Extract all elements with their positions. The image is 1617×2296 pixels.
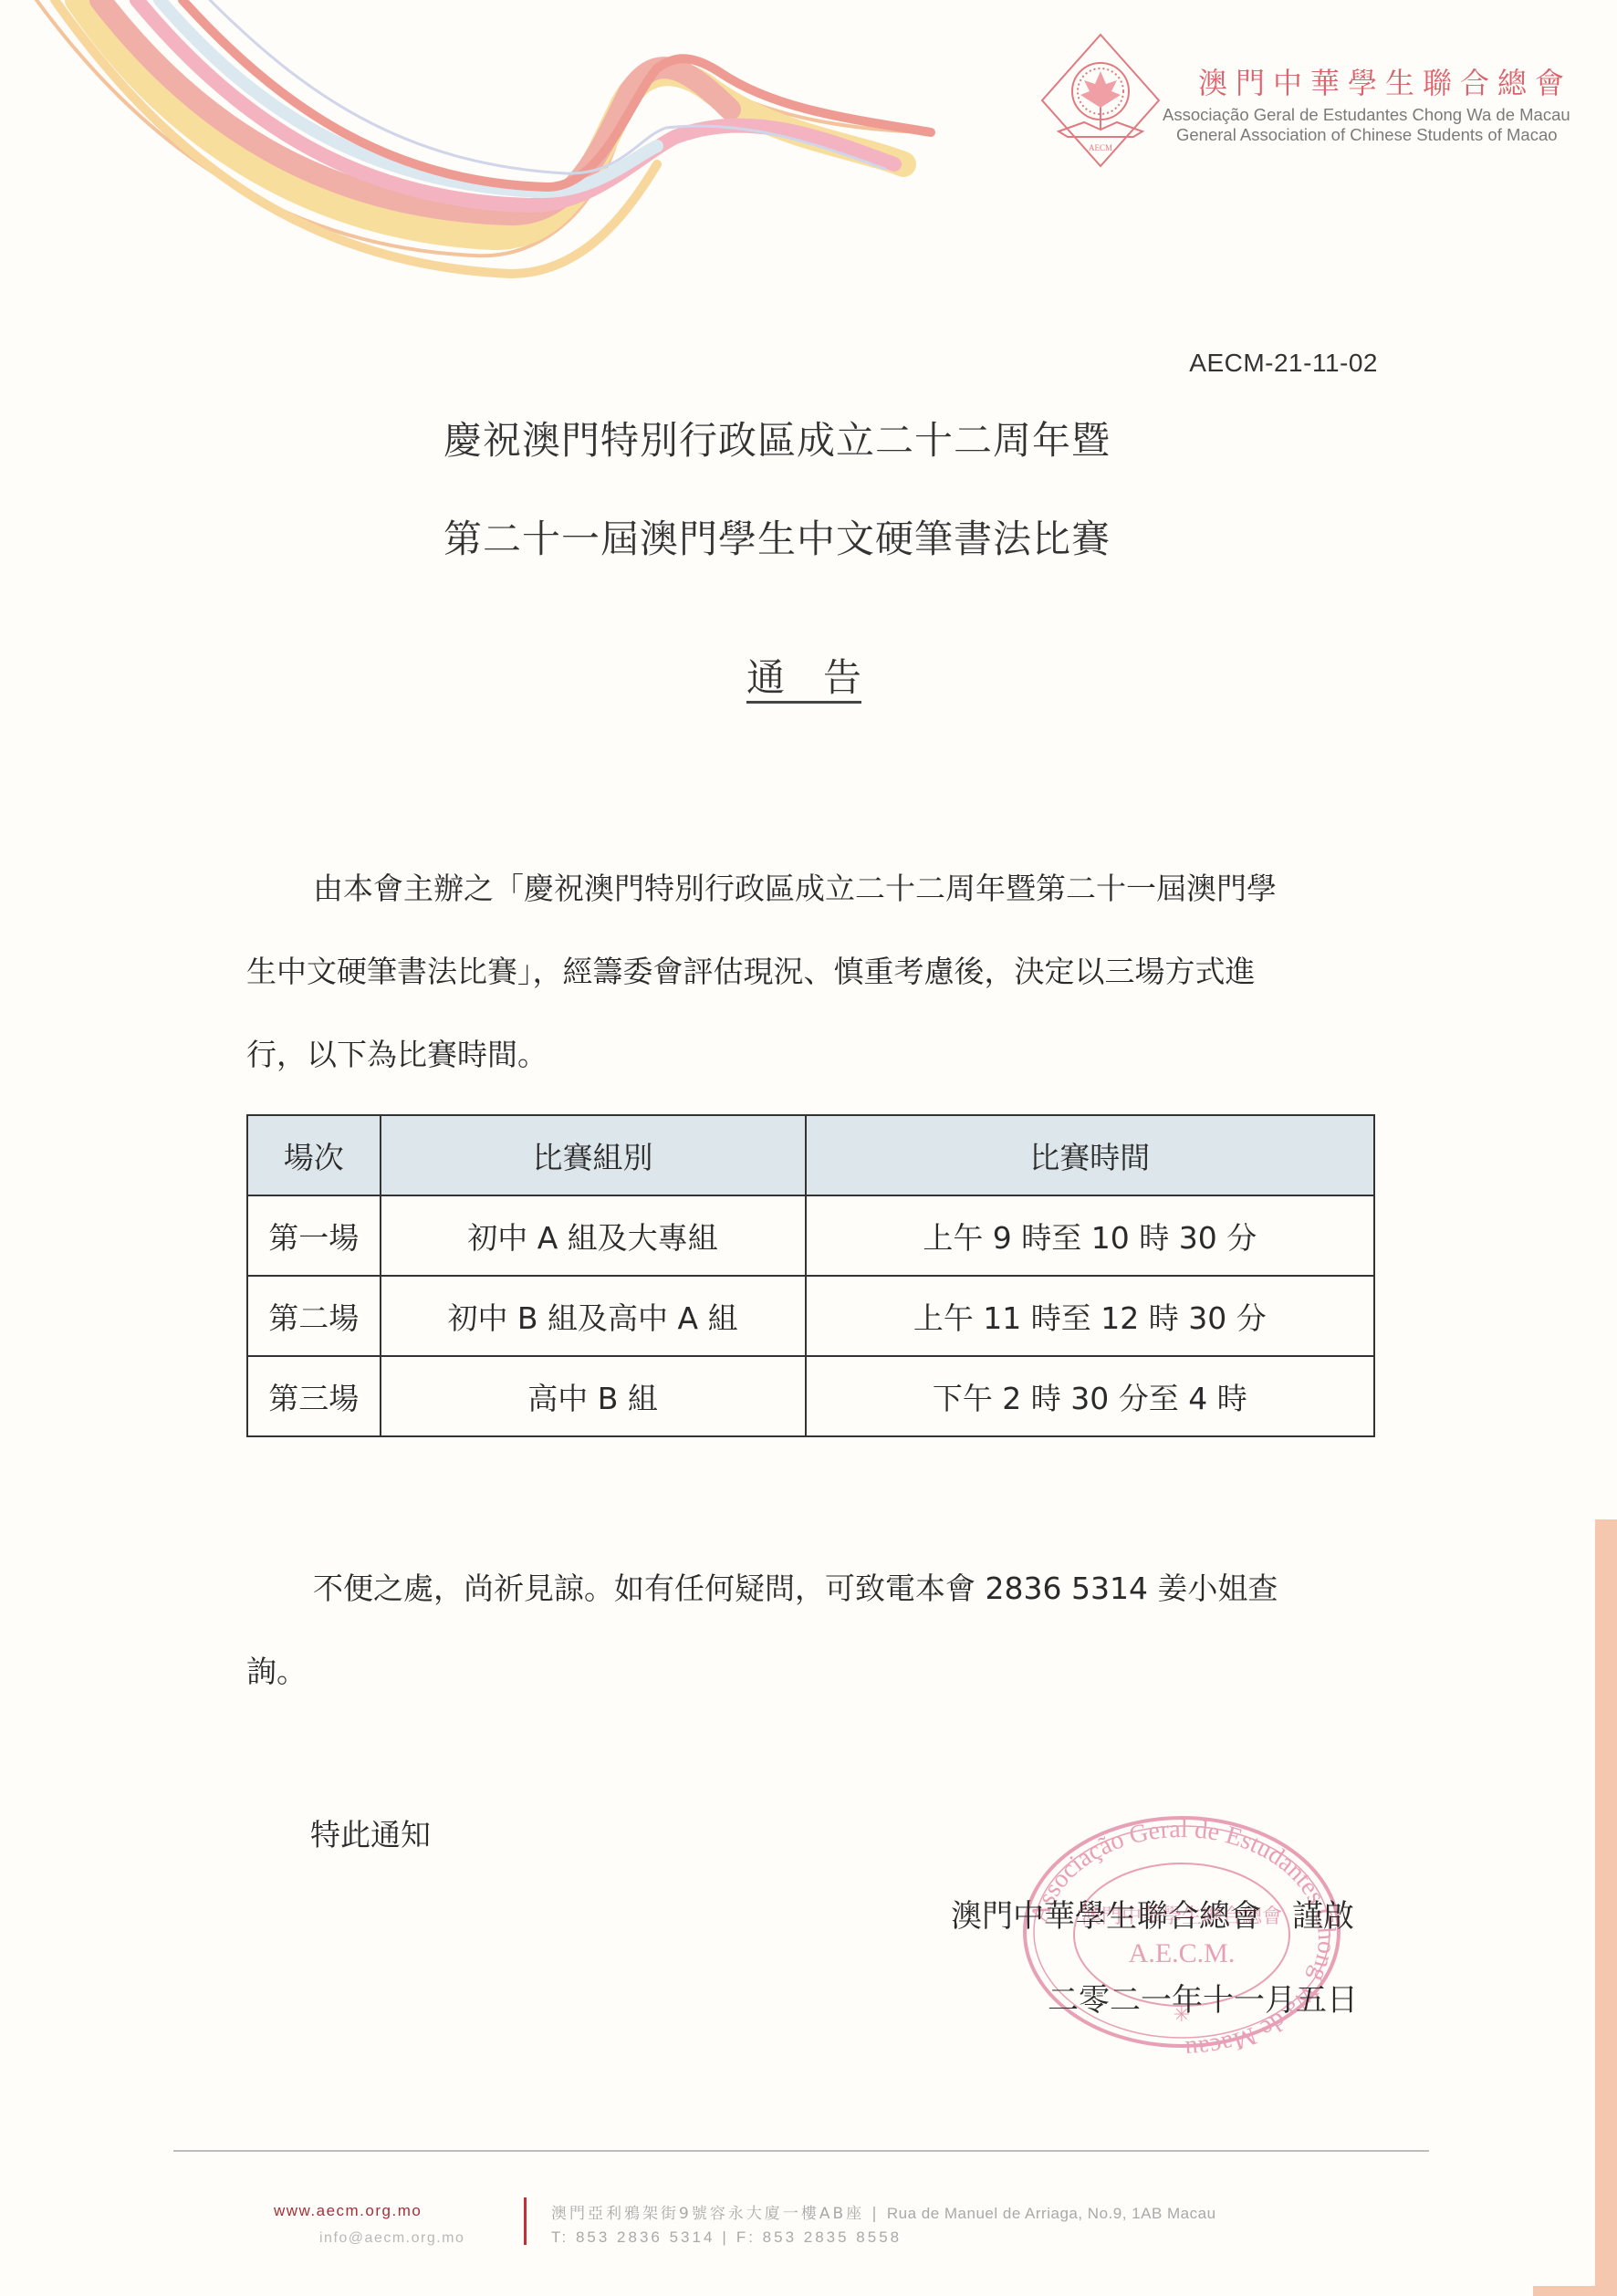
footer-address-chinese: 澳門亞利鴉架街9號容永大廈一樓AB座 xyxy=(551,2205,864,2223)
intro-line: 生中文硬筆書法比賽」，經籌委會評估現況、慎重考慮後，決定以三場方式進 xyxy=(246,930,1378,1013)
cell-session: 第一場 xyxy=(247,1195,381,1276)
footer-website-link[interactable]: www.aecm.org.mo xyxy=(274,2202,422,2220)
svg-text:AECM: AECM xyxy=(1089,143,1112,152)
aecm-logo-icon: AECM xyxy=(1038,31,1163,170)
svg-text:A.E.C.M.: A.E.C.M. xyxy=(1129,1938,1236,1968)
footer-contact-numbers: T: 853 2836 5314|F: 853 2835 8558 xyxy=(551,2228,902,2247)
org-name-english: General Association of Chinese Students … xyxy=(1176,125,1558,145)
document-reference-number: AECM-21-11-02 xyxy=(1189,349,1378,378)
decorative-ribbon-graphic xyxy=(0,0,1004,301)
footer-email-link[interactable]: info@aecm.org.mo xyxy=(319,2230,464,2247)
intro-line: 由本會主辦之「慶祝澳門特別行政區成立二十二周年暨第二十一屆澳門學 xyxy=(246,847,1378,930)
apology-line: 詢。 xyxy=(246,1630,1378,1713)
header-time: 比賽時間 xyxy=(806,1115,1374,1195)
org-name-chinese: 澳門中華學生聯合總會 xyxy=(1198,60,1572,102)
footer-fax: F: 853 2835 8558 xyxy=(736,2228,902,2246)
header-group: 比賽組別 xyxy=(381,1115,806,1195)
cell-group: 初中 A 組及大專組 xyxy=(381,1195,806,1276)
decorative-bottom-bar xyxy=(1533,2286,1617,2296)
signature-organization: 澳門中華學生聯合總會 謹啟 xyxy=(951,1891,1354,1936)
cell-group: 高中 B 組 xyxy=(381,1356,806,1436)
table-row: 第一場 初中 A 組及大專組 上午 9 時至 10 時 30 分 xyxy=(247,1195,1374,1276)
intro-paragraph: 由本會主辦之「慶祝澳門特別行政區成立二十二周年暨第二十一屆澳門學 生中文硬筆書法… xyxy=(246,847,1378,1096)
footer-telephone: T: 853 2836 5314 xyxy=(551,2228,715,2246)
org-name-portuguese: Associação Geral de Estudantes Chong Wa … xyxy=(1163,105,1570,125)
decorative-side-bar xyxy=(1595,1519,1617,2296)
table-row: 第二場 初中 B 組及高中 A 組 上午 11 時至 12 時 30 分 xyxy=(247,1276,1374,1356)
footer-separator: | xyxy=(864,2205,887,2223)
apology-paragraph: 不便之處，尚祈見諒。如有任何疑問，可致電本會 2836 5314 姜小姐查 詢。 xyxy=(246,1547,1378,1713)
cell-group: 初中 B 組及高中 A 組 xyxy=(381,1276,806,1356)
table-row: 第三場 高中 B 組 下午 2 時 30 分至 4 時 xyxy=(247,1356,1374,1436)
header-session: 場次 xyxy=(247,1115,381,1195)
table-header-row: 場次 比賽組別 比賽時間 xyxy=(247,1115,1374,1195)
intro-line: 行，以下為比賽時間。 xyxy=(246,1013,1378,1096)
footer-separator: | xyxy=(715,2228,735,2246)
apology-line: 不便之處，尚祈見諒。如有任何疑問，可致電本會 2836 5314 姜小姐查 xyxy=(246,1547,1378,1630)
cell-session: 第三場 xyxy=(247,1356,381,1436)
cell-time: 上午 9 時至 10 時 30 分 xyxy=(806,1195,1374,1276)
footer-address: 澳門亞利鴉架街9號容永大廈一樓AB座|Rua de Manuel de Arri… xyxy=(551,2200,1216,2223)
footer-divider xyxy=(173,2150,1429,2152)
document-title-line-1: 慶祝澳門特別行政區成立二十二周年暨 xyxy=(443,411,1111,465)
competition-schedule-table: 場次 比賽組別 比賽時間 第一場 初中 A 組及大專組 上午 9 時至 10 時… xyxy=(246,1114,1375,1437)
signature-date: 二零二一年十一月五日 xyxy=(1048,1975,1358,2019)
cell-time: 上午 11 時至 12 時 30 分 xyxy=(806,1276,1374,1356)
footer-separator-bar xyxy=(524,2197,527,2245)
notice-heading: 通 告 xyxy=(746,657,861,704)
footer-address-portuguese: Rua de Manuel de Arriaga, No.9, 1AB Maca… xyxy=(887,2205,1216,2222)
document-title-line-2: 第二十一屆澳門學生中文硬筆書法比賽 xyxy=(443,509,1111,564)
cell-time: 下午 2 時 30 分至 4 時 xyxy=(806,1356,1374,1436)
closing-remark: 特此通知 xyxy=(310,1811,431,1854)
cell-session: 第二場 xyxy=(247,1276,381,1356)
